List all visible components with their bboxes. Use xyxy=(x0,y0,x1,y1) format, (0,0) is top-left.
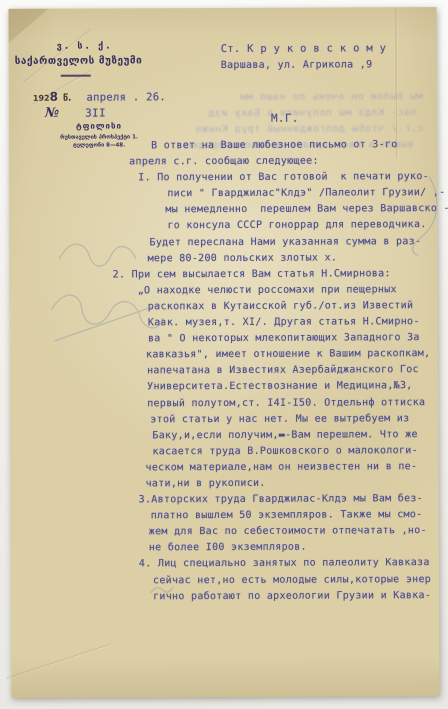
typed-line: раскопках в Кутаисской губ./от.из Извест… xyxy=(148,298,440,315)
typed-line: Баку,и,если получим,▬-Вам перешлем. Что … xyxy=(152,427,440,444)
letterhead-city: ტფილისი xyxy=(37,121,161,131)
recipient-name: Ст. К р у к о в с к о м у xyxy=(221,42,387,60)
typed-line: чати,ни в рукописи. xyxy=(146,475,441,492)
typed-line: мере 80-200 польских злотых х. xyxy=(148,250,440,267)
letterhead-org-name: საქართველოს მუზეუმი xyxy=(15,55,139,67)
typed-line: 3.Авторских труда Гварджилас-Клдэ мы Вам… xyxy=(139,491,441,508)
letter-body: В ответ на Ваше любезное письмо от 3-гоа… xyxy=(127,137,441,605)
paper-crease xyxy=(6,644,111,680)
document-number: 3II xyxy=(85,107,106,120)
recipient-address: Варшава, ул. Агрикола ,9 xyxy=(221,59,387,77)
typed-line: этой статьи у нас нет. Мы ее вытребуем и… xyxy=(150,411,440,428)
typed-line: жем для Вас по себестоимости отпечатать … xyxy=(149,523,441,540)
number-line: №3II xyxy=(45,102,106,121)
typed-line: „О находке челюсти россомахи при пещерны… xyxy=(138,282,440,299)
ink-bleed-line: лас- Клдэ мы получили в Баку изд xyxy=(208,107,417,119)
corner-fold xyxy=(8,9,48,43)
typed-line: 2. При сем высылается Вам статья Н.Смирн… xyxy=(113,266,440,284)
typed-line: писи " Гварджилас"Клдэ" /Палеолит Грузии… xyxy=(167,185,439,202)
typed-line: первый полутом,ст. I4I-I50. Отдельнф отт… xyxy=(147,395,440,412)
typed-line: ческом материале,нам он неизвестен ни в … xyxy=(145,459,440,476)
typed-line: не более I00 экземпляров. xyxy=(149,539,441,556)
letterhead-org-initials: ვ. ს. ქ. xyxy=(9,41,161,52)
recipient-block: Ст. К р у к о в с к о м у Варшава, ул. А… xyxy=(221,42,387,77)
typed-line: сейчас нет,но есть молодые силы,которые … xyxy=(153,572,441,589)
ink-bleed-line: с.г./ чтобы долгожданный труд Книжн xyxy=(195,123,423,135)
typed-line: кавказья", имеет отношение к Вашим раско… xyxy=(146,346,440,363)
typed-line: 4. Лиц специально занятых по палеолиту К… xyxy=(139,555,441,572)
typed-line: Будет переслана Нами указанная сумма в р… xyxy=(149,234,439,251)
typed-line: I. По получении от Вас готовой к печати … xyxy=(138,169,439,186)
numero-sign: № xyxy=(45,106,59,121)
typed-line: Кавк. музея,т. XI/. Другая статья Н.Смир… xyxy=(148,314,440,331)
typed-line: касается труда В.Рошковского о малоколог… xyxy=(152,443,440,460)
typed-line: напечатана в Известиях Азербайджанского … xyxy=(147,362,440,379)
typed-line: мы немедленно перешлем Вам через Варшавс… xyxy=(165,201,439,218)
typed-line: В ответ на Ваше любезное письмо от 3-го xyxy=(151,137,439,154)
letter-page: мы былои он очень по нашо ммлас- Клдэ мы… xyxy=(8,7,439,698)
typed-line: платно вышлем 50 экземпляров. Также мы с… xyxy=(151,507,441,524)
typed-line: апреля с.г. сообщаю следующее: xyxy=(129,153,439,170)
typed-line: го консула СССР гоноррар для переводчика… xyxy=(167,218,439,235)
typed-line: Университета.Естествознание и Медицина,№… xyxy=(147,378,440,395)
typed-line: ва " О некоторых млекопитающих Западного… xyxy=(148,330,440,347)
typed-line: гично работают по археологии Грузии и Ка… xyxy=(153,588,441,605)
pencil-scribble xyxy=(60,244,136,266)
salutation: М.Г. xyxy=(271,112,299,125)
letterhead-divider xyxy=(61,75,91,77)
paper-crease xyxy=(395,7,398,157)
